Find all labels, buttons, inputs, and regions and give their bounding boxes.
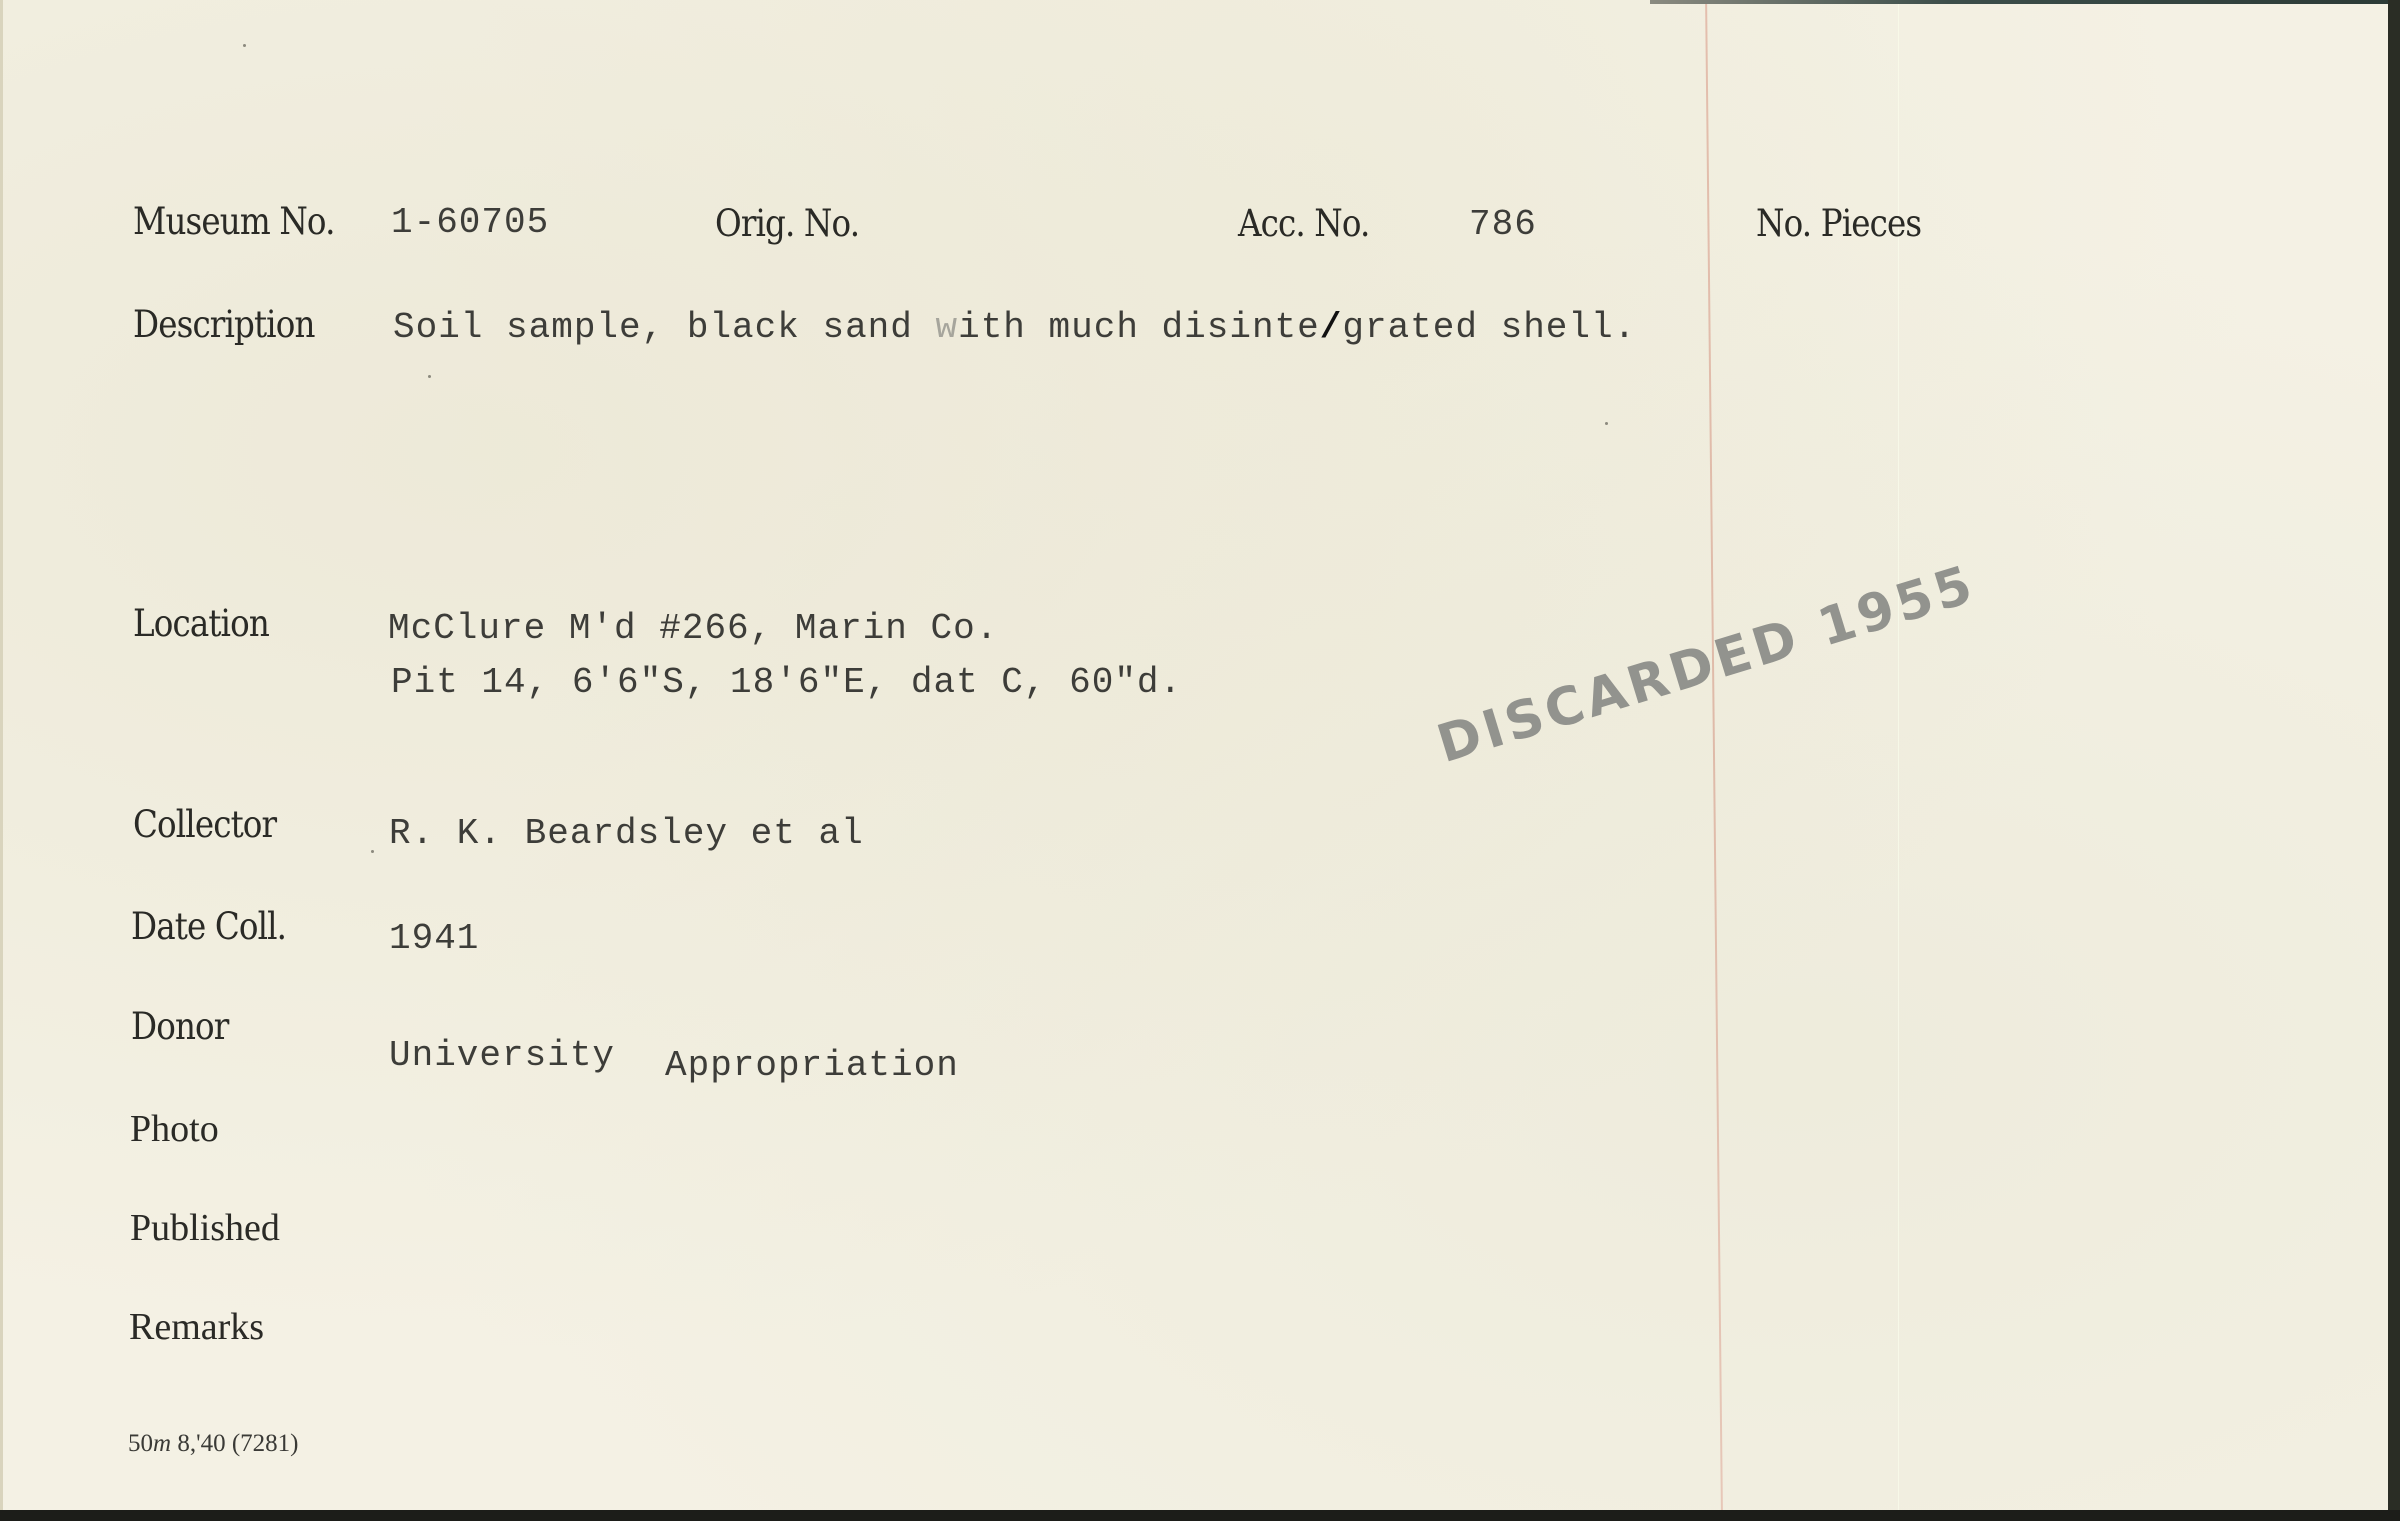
scan-bottom-edge: [0, 1510, 2400, 1521]
description-text-3: grated shell.: [1342, 307, 1636, 348]
remarks-label: Remarks: [129, 1305, 264, 1349]
paper-speck: [428, 375, 431, 378]
acc-no-label: Acc. No.: [1238, 202, 1370, 245]
paper-speck: [243, 44, 246, 47]
published-label: Published: [130, 1206, 280, 1250]
scan-right-edge: [2388, 0, 2400, 1521]
scan-top-edge: [1650, 0, 2400, 4]
paper-speck: [1605, 422, 1608, 425]
paper-speck: [371, 850, 374, 853]
donor-value-word1: University: [389, 1035, 615, 1076]
collector-label: Collector: [133, 803, 276, 846]
description-text-2: ith much disinte: [958, 307, 1320, 348]
date-coll-label: Date Coll.: [131, 905, 286, 948]
donor-label: Donor: [131, 1005, 228, 1048]
acc-no-value: 786: [1469, 204, 1537, 245]
location-line-2: Pit 14, 6'6"S, 18'6"E, dat C, 60"d.: [391, 662, 1182, 703]
no-pieces-label: No. Pieces: [1756, 202, 1921, 245]
description-label: Description: [133, 303, 315, 346]
museum-no-label: Museum No.: [133, 200, 335, 243]
print-code-qty: 50: [128, 1430, 153, 1457]
catalog-card: Museum No. 1-60705 Orig. No. Acc. No. 78…: [0, 0, 2391, 1510]
vertical-pink-rule: [1705, 0, 1723, 1510]
print-code-rest: 8,'40 (7281): [171, 1430, 298, 1457]
orig-no-label: Orig. No.: [715, 202, 859, 245]
photo-label: Photo: [130, 1107, 219, 1151]
description-text-1: Soil sample, black sand: [393, 307, 935, 348]
location-line-1: McClure M'd #266, Marin Co.: [388, 608, 998, 649]
print-code-unit: m: [153, 1430, 171, 1457]
discarded-stamp: DISCARDED 1955: [1430, 554, 1982, 775]
date-coll-value: 1941: [389, 918, 479, 959]
museum-no-value: 1-60705: [391, 202, 549, 243]
collector-value: R. K. Beardsley et al: [389, 813, 864, 854]
description-value: Soil sample, black sand with much disint…: [393, 307, 1636, 348]
print-code: 50m 8,'40 (7281): [128, 1430, 298, 1458]
strikethrough-slash: /: [1320, 307, 1343, 348]
donor-value-word2: Appropriation: [665, 1045, 959, 1086]
location-label: Location: [133, 602, 269, 645]
description-text-faded: w: [935, 307, 958, 348]
